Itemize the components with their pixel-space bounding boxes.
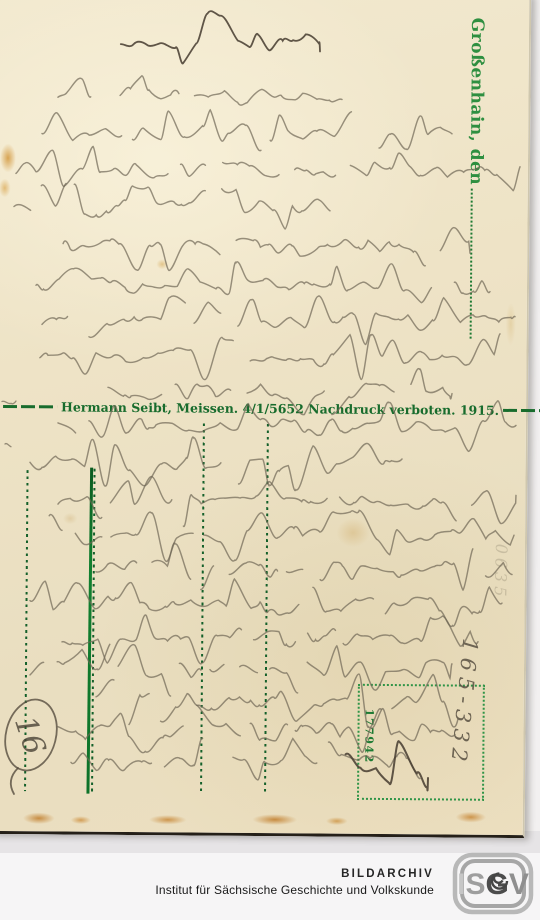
publisher-divider: Hermann Seibt, Meissen. 4/1/5652 Nachdru… [3, 399, 493, 418]
date-leader-line [470, 188, 478, 338]
stain [154, 257, 170, 271]
stain [60, 510, 80, 526]
stain [330, 513, 376, 553]
stain [450, 809, 492, 824]
postcard-back: Großenhain, den Hermann Seibt, Meissen. … [0, 0, 531, 838]
logo-letter-i: I [457, 868, 465, 901]
bildarchiv-title: BILDARCHIV [155, 868, 434, 880]
corner-imprint: Großenhain, den [465, 18, 488, 339]
isgv-logo: ISGV [451, 850, 535, 918]
publisher-text: Hermann Seibt, Meissen. 4/1/5652 Nachdru… [61, 399, 499, 417]
stamp-box-number: 177942 [362, 709, 375, 764]
form-dotted-line [24, 470, 29, 791]
stain [503, 294, 517, 354]
form-dotted-line [200, 424, 205, 793]
logo-letter-s: S [465, 868, 485, 901]
divider-dash-left [3, 405, 57, 408]
stain [142, 813, 194, 826]
stain [244, 812, 306, 827]
city-date-label: Großenhain, den [466, 18, 487, 186]
logo-letter-v: V [509, 868, 529, 901]
credit-block: BILDARCHIV Institut für Sächsische Gesch… [155, 868, 434, 897]
stain [0, 175, 13, 201]
institute-subtitle: Institut für Sächsische Geschichte und V… [155, 883, 434, 897]
scanned-postcard-image: Großenhain, den Hermann Seibt, Meissen. … [0, 0, 540, 920]
stain [0, 138, 19, 178]
archive-credit-bar: BILDARCHIV Institut für Sächsische Gesch… [0, 853, 540, 920]
stain [17, 810, 61, 826]
photo-region: Großenhain, den Hermann Seibt, Meissen. … [0, 0, 540, 853]
divider-dash-right [503, 409, 540, 413]
faint-embossed-number: 0635 [491, 543, 511, 600]
form-dotted-line [264, 424, 269, 793]
stain [322, 815, 352, 826]
stain [67, 814, 95, 825]
